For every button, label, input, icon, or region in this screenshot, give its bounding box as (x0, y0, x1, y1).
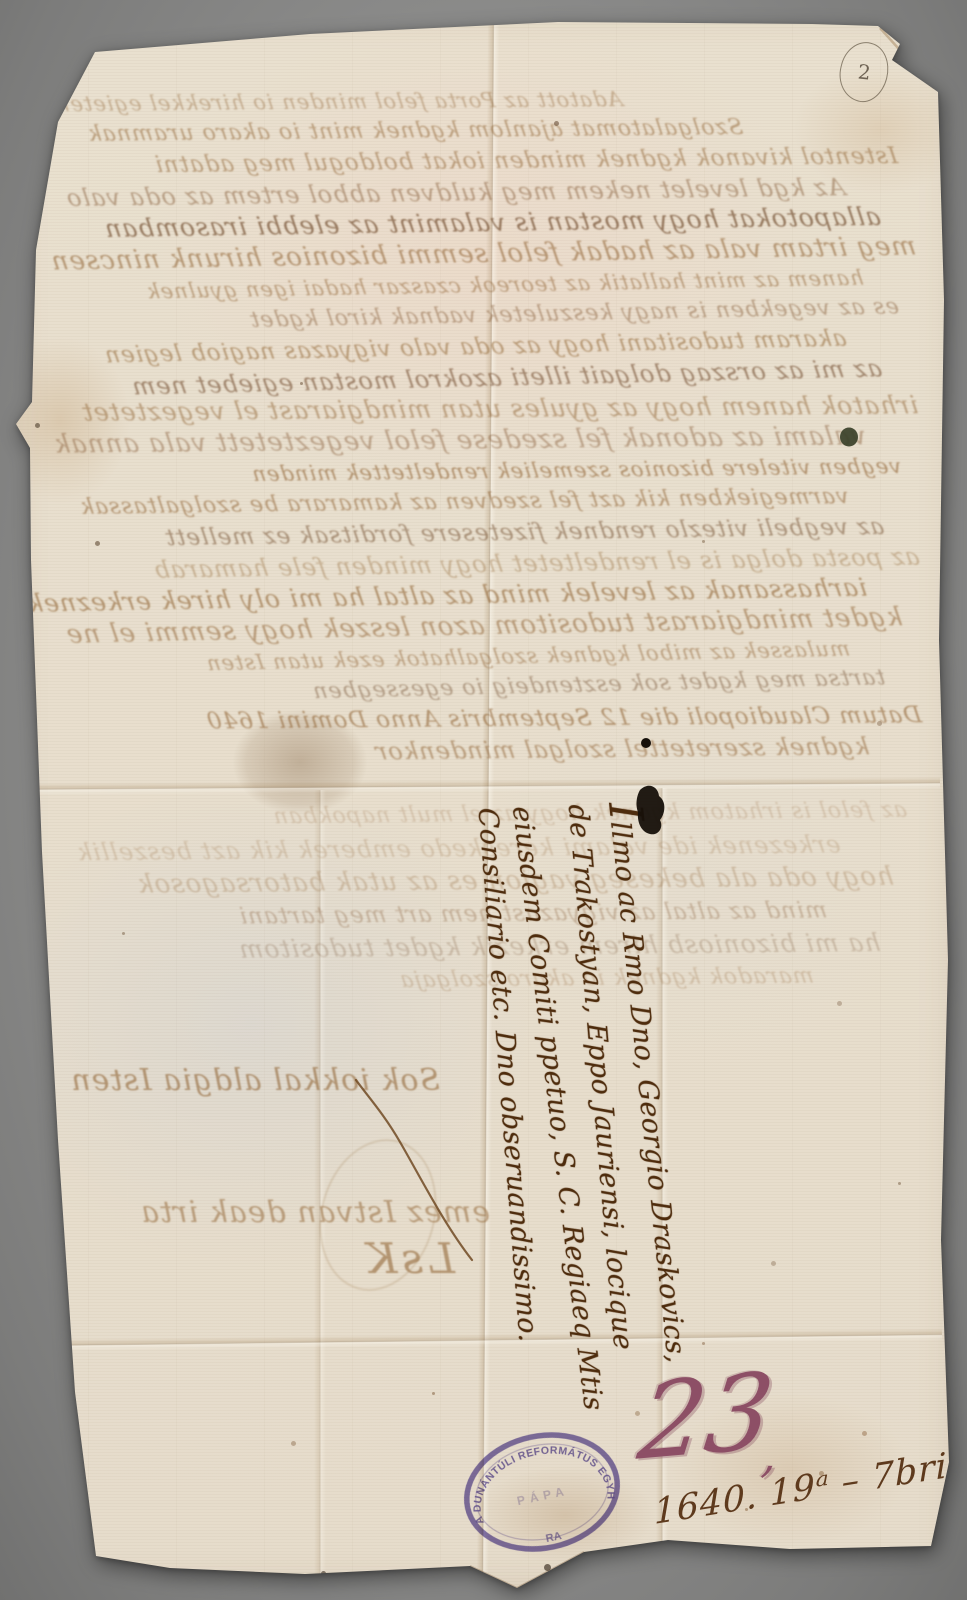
manuscript-photo-page: { "palette": { "background_gray": "#8b8b… (0, 0, 967, 1600)
page-number: 2 (856, 59, 871, 84)
stamp-center-text: PÁPA (516, 1483, 570, 1509)
manuscript-sheet: Adatott az Porta felol minden io hirekke… (0, 0, 967, 1600)
library-stamp: A DUNÁNTÚLI REFORMÁTUS EGYHÁZKERÜLET PÁP… (439, 1405, 644, 1579)
foxing-speckles (0, 0, 3, 3)
svg-text:A DUNÁNTÚLI REFORMÁTUS EGYHÁZK: A DUNÁNTÚLI REFORMÁTUS EGYHÁZKERÜLET (439, 1405, 618, 1534)
archival-number-value: 23 (633, 1349, 780, 1484)
bleedthrough-signature-line: LsK (362, 1244, 455, 1275)
bleedthrough-signature: Sok iokkal aldgia Istenemez Istvan deak … (185, 1048, 495, 1328)
bleedthrough-signature-line: emez Istvan deak irta (140, 1198, 490, 1229)
paper: Adatott az Porta felol minden io hirekke… (0, 0, 967, 1600)
stamp-arc-text: A DUNÁNTÚLI REFORMÁTUS EGYHÁZKERÜLET (439, 1405, 618, 1534)
archival-number: 23, (634, 1357, 789, 1475)
bleedthrough-text-upper: Adatott az Porta felol minden io hirekke… (42, 76, 934, 773)
bleedthrough-line: maradok kgdnek io akaro szolgaja (47, 962, 816, 1003)
library-stamp-oval: A DUNÁNTÚLI REFORMÁTUS EGYHÁZKERÜLET PÁP… (439, 1405, 644, 1579)
fold-line-horizontal-upper (28, 777, 940, 795)
photograph-background: Adatott az Porta felol minden io hirekke… (0, 0, 967, 1600)
fold-line-horizontal-lower (28, 1328, 942, 1351)
bleedthrough-signature-line: Sok iokkal aldgia Isten (70, 1066, 440, 1097)
